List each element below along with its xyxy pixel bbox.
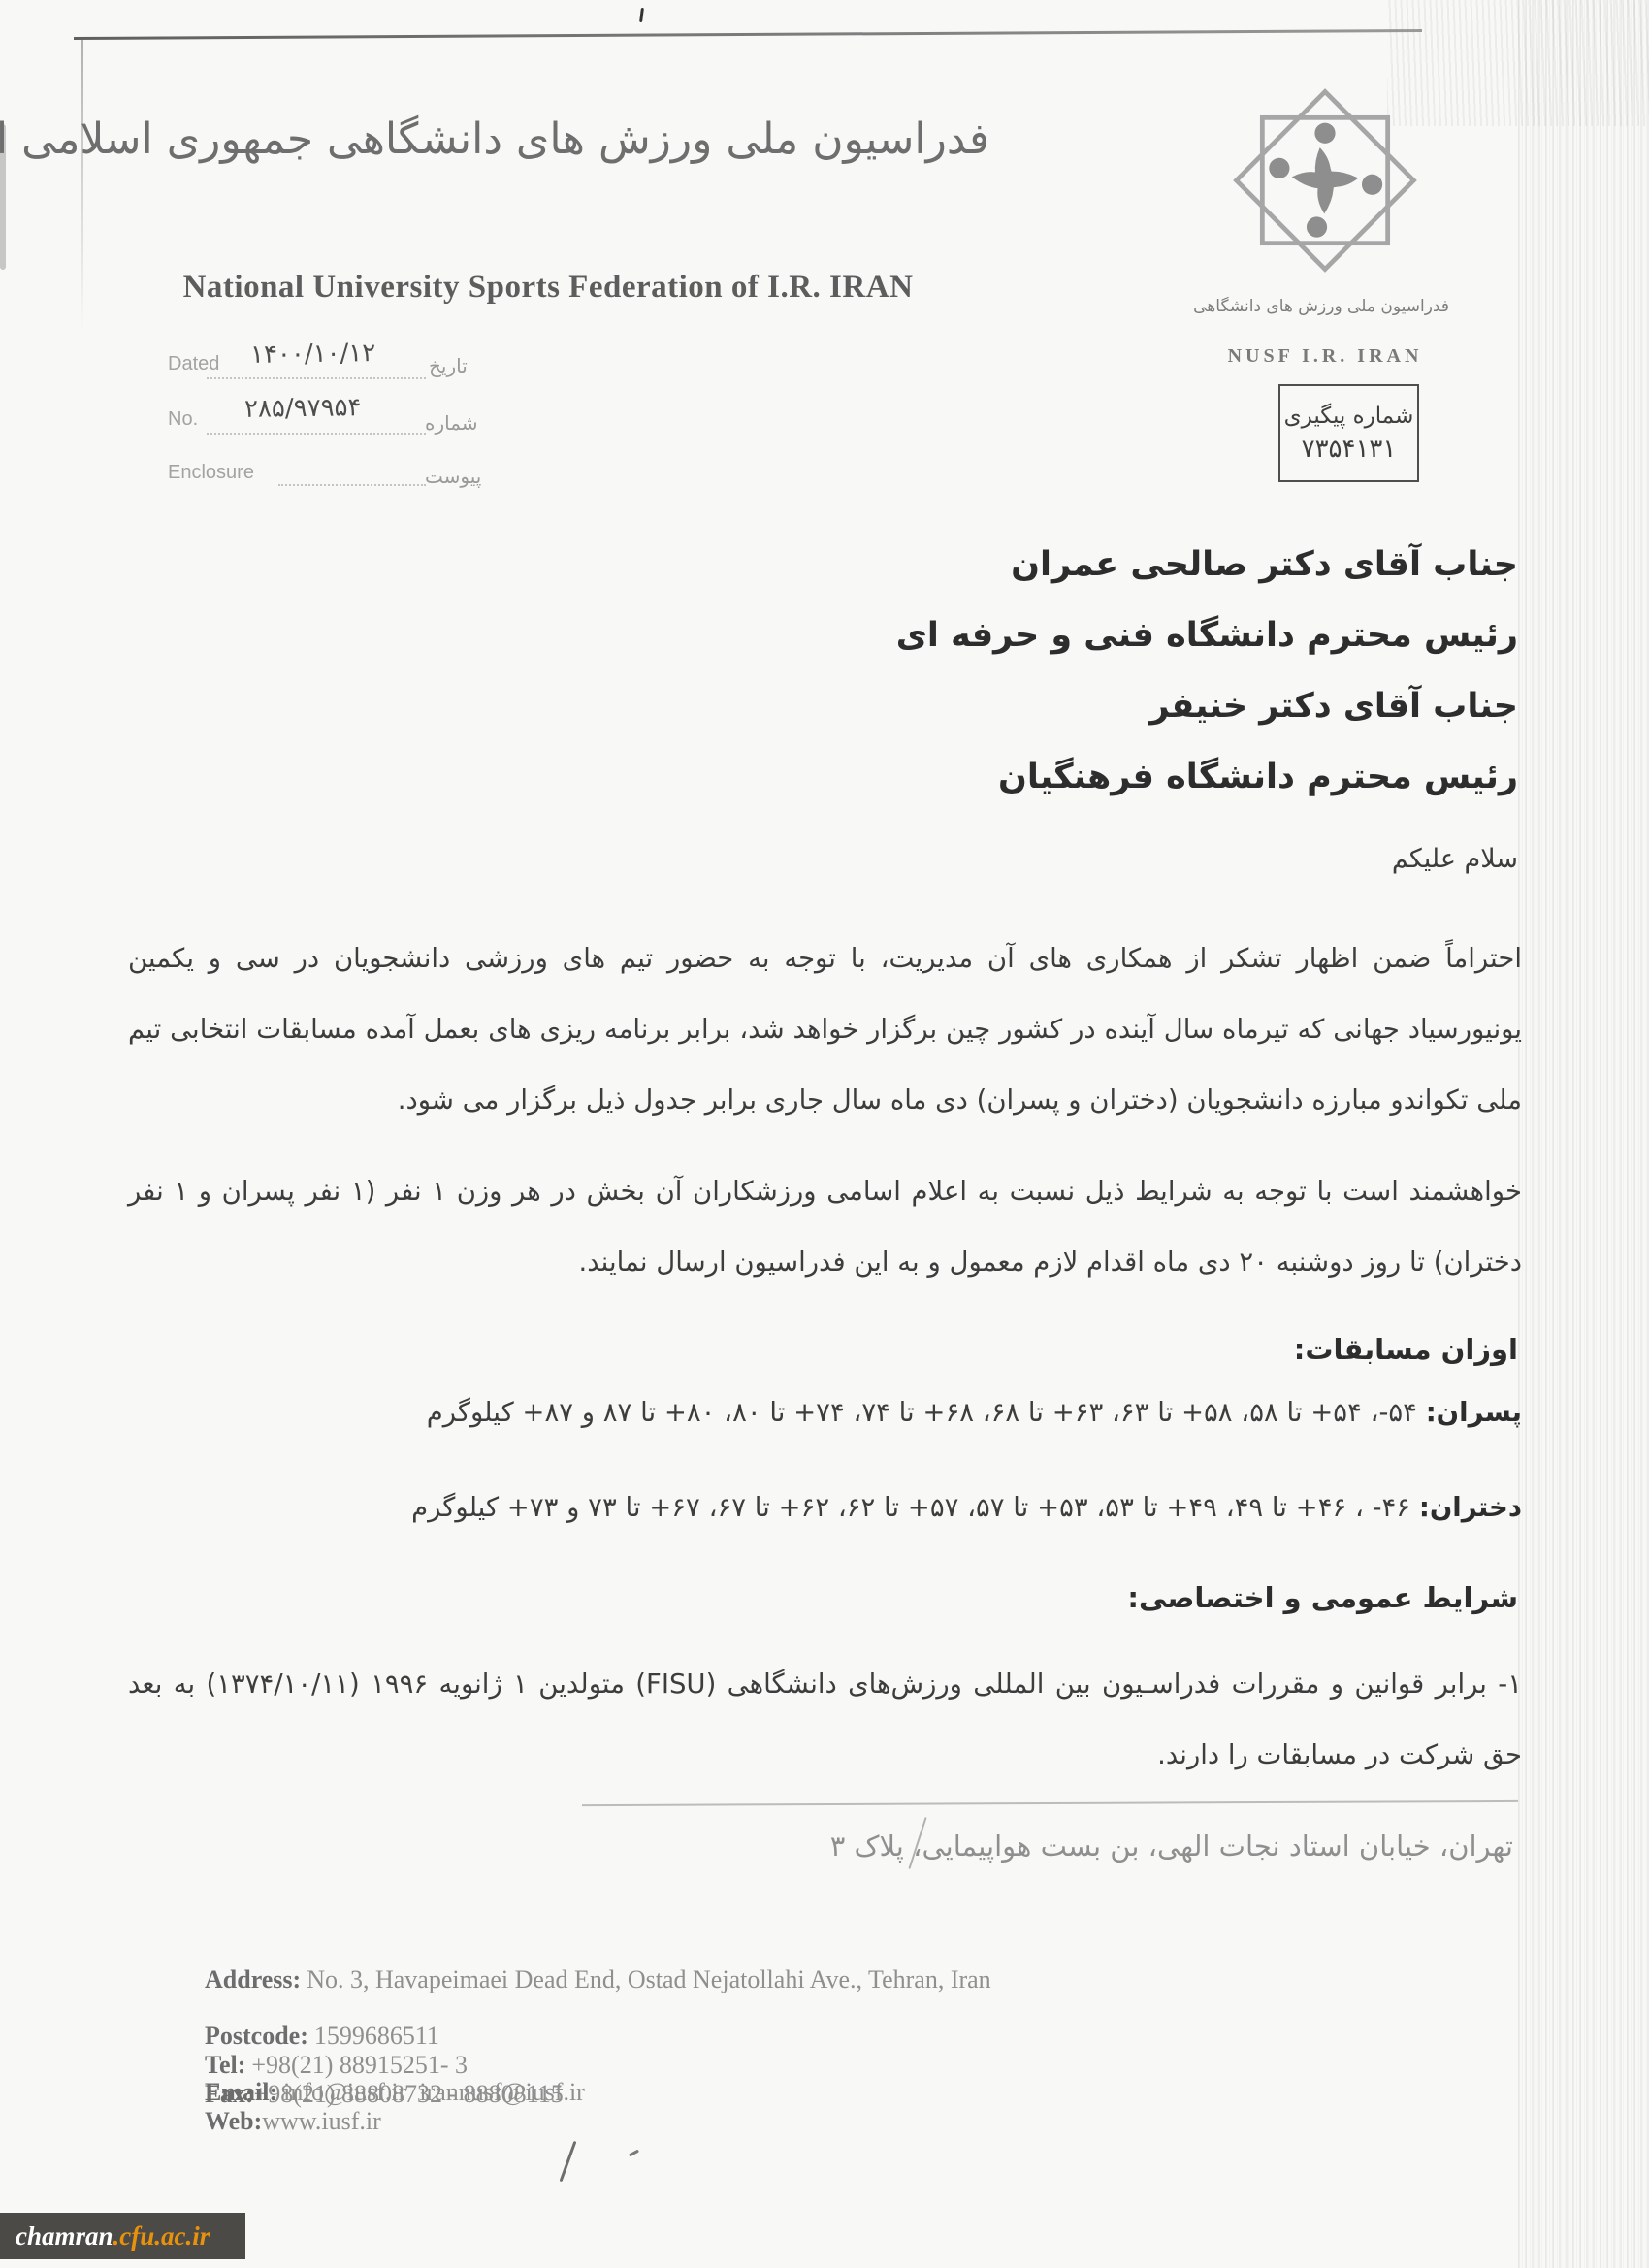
girls-weights: ۴۶- ، ۴۶+ تا ۴۹، ۴۹+ تا ۵۳، ۵۳+ تا ۵۷، ۵… (411, 1492, 1410, 1523)
dated-dotted-line (207, 376, 426, 379)
enclosure-label-en: Enclosure (168, 462, 254, 484)
federation-title-english: National University Sports Federation of… (145, 270, 951, 306)
no-label-en: No. (168, 408, 198, 431)
date-value: ۱۴۰۰/۱۰/۱۲ (250, 339, 376, 370)
scanned-letter-page: فدراسیون ملی ورزش های دانشگاهی جمهوری اس… (0, 0, 1649, 2268)
weights-heading: اوزان مسابقات: (1294, 1333, 1518, 1366)
logo-caption-nusf: NUSF I.R. IRAN (1201, 345, 1449, 368)
footer-separator-line (582, 1800, 1518, 1806)
body-paragraph-1: احتراماً ضمن اظهار تشکر از همکاری های آن… (128, 923, 1522, 1136)
top-border-line (74, 29, 1422, 40)
boys-weights-line: پسران: ۵۴-، ۵۴+ تا ۵۸، ۵۸+ تا ۶۳، ۶۳+ تا… (128, 1397, 1522, 1428)
address-value: No. 3, Havapeimaei Dead End, Ostad Nejat… (307, 1965, 990, 1993)
postcode-value: 1599686511 (314, 2022, 439, 2050)
recipient-line: رئیس محترم دانشگاه فنی و حرفه ای (896, 600, 1518, 671)
no-label-fa: شماره (425, 411, 478, 435)
tracking-number-label: شماره پیگیری (1284, 404, 1414, 429)
dated-label-en: Dated (168, 353, 219, 375)
condition-item-1: ۱- برابر قوانین و مقررات فدراسـیون بین ا… (128, 1649, 1522, 1791)
recipient-line: جناب آقای دکتر خنیفر (896, 671, 1518, 742)
watermark-site-domain: .cfu.ac.ir (113, 2221, 210, 2252)
dated-label-fa: تاریخ (429, 354, 468, 377)
footer-email-row: Email:info@iusf.ir irannusf@iusf.ir Web:… (179, 2049, 610, 2165)
tracking-number-stamp: شماره پیگیری ۷۳۵۴۱۳۱ (1278, 384, 1419, 482)
conditions-heading: شرایط عمومی و اختصاصی: (1127, 1581, 1518, 1614)
recipient-line: رئیس محترم دانشگاه فرهنگیان (896, 742, 1518, 813)
no-dotted-line (207, 432, 426, 435)
scanner-noise-right-edge (1518, 0, 1649, 2268)
tracking-number-value: ۷۳۵۴۱۳۱ (1302, 435, 1397, 464)
boys-label: پسران: (1426, 1397, 1522, 1428)
enclosure-label-fa: پیوست (425, 465, 481, 488)
email-label: Email: (205, 2078, 277, 2106)
girls-label: دختران: (1419, 1492, 1522, 1523)
recipient-block: جناب آقای دکتر صالحی عمران رئیس محترم دا… (896, 530, 1518, 813)
scan-speck (639, 8, 644, 22)
left-border-line (81, 40, 83, 331)
scan-tick-mark (629, 2150, 639, 2157)
enclosure-dotted-line (278, 483, 426, 486)
web-value: www.iusf.ir (262, 2107, 381, 2135)
site-watermark: chamran.cfu.ac.ir (0, 2213, 245, 2259)
web-label: Web: (205, 2107, 262, 2135)
boys-weights: ۵۴-، ۵۴+ تا ۵۸، ۵۸+ تا ۶۳، ۶۳+ تا ۶۸، ۶۸… (427, 1397, 1417, 1428)
postcode-label: Postcode: (205, 2022, 308, 2050)
greeting-line: سلام علیکم (1392, 844, 1518, 874)
federation-title-persian: فدراسیون ملی ورزش های دانشگاهی جمهوری اس… (87, 114, 989, 164)
recipient-line: جناب آقای دکتر صالحی عمران (896, 530, 1518, 600)
footer-address-persian: تهران، خیابان استاد نجات الهی، بن بست هو… (830, 1830, 1513, 1863)
logo-caption-persian: فدراسیون ملی ورزش های دانشگاهی (1201, 297, 1449, 316)
email-value: info@iusf.ir irannusf@iusf.ir (283, 2078, 585, 2106)
watermark-site-name: chamran (16, 2221, 113, 2252)
federation-star-logo-icon (1222, 78, 1428, 283)
address-label: Address: (205, 1965, 301, 1993)
girls-weights-line: دختران: ۴۶- ، ۴۶+ تا ۴۹، ۴۹+ تا ۵۳، ۵۳+ … (128, 1492, 1522, 1523)
body-paragraph-2: خواهشمند است با توجه به شرایط ذیل نسبت ب… (128, 1156, 1522, 1298)
no-value: ۲۸۵/۹۷۹۵۴ (244, 393, 362, 424)
